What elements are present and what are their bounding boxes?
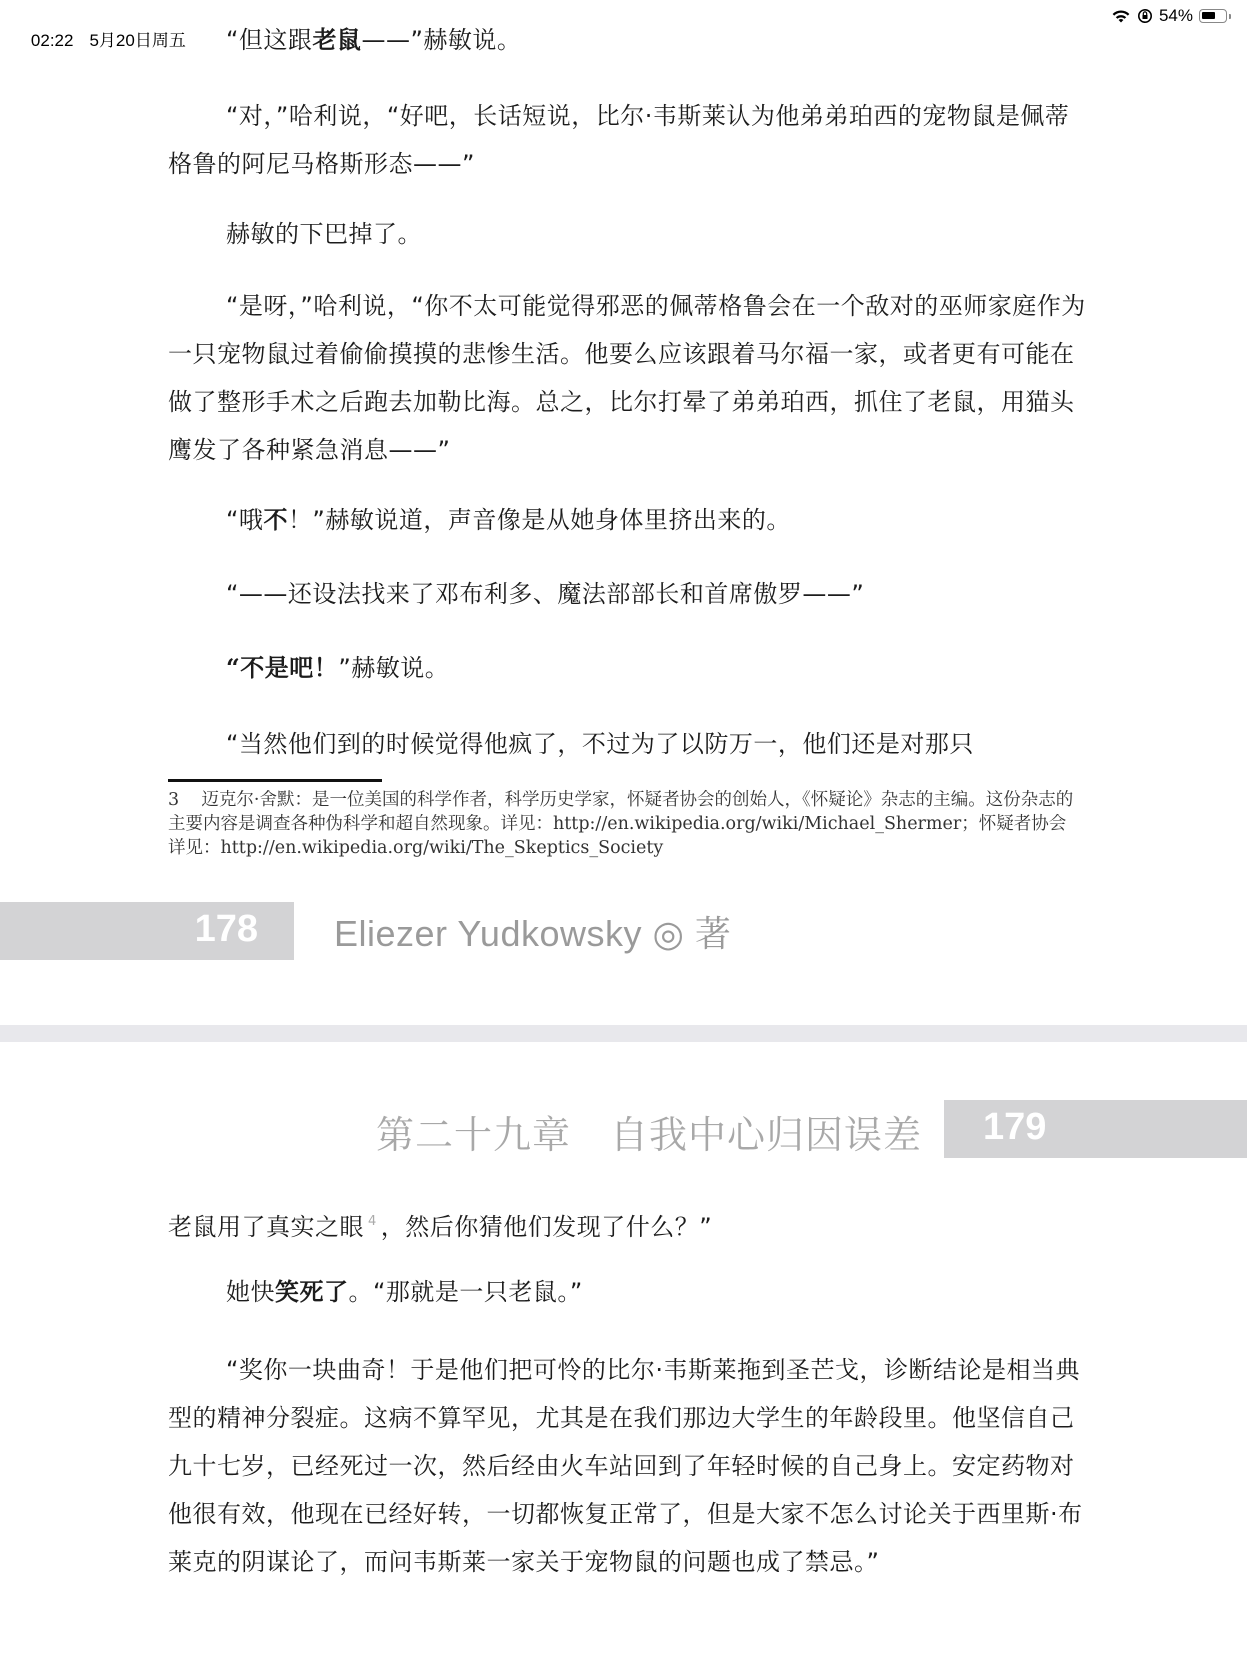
paragraph: “但这跟老鼠——”赫敏说。 — [168, 16, 1088, 64]
footnote-reference[interactable]: 4 — [368, 1214, 377, 1229]
paragraph: “奖你一块曲奇！于是他们把可怜的比尔·韦斯莱拖到圣芒戈，诊断结论是相当典型的精神… — [168, 1346, 1088, 1586]
footnote-text: 迈克尔·舍默：是一位美国的科学作者，科学历史学家，怀疑者协会的创始人，《怀疑论》… — [168, 790, 1073, 858]
page-number: 179 — [983, 1106, 1046, 1149]
paragraph: 赫敏的下巴掉了。 — [168, 210, 1088, 258]
paragraph: 老鼠用了真实之眼4，然后你猜他们发现了什么？” — [168, 1198, 1088, 1251]
paragraph: 她快笑死了。“那就是一只老鼠。” — [168, 1268, 1088, 1316]
chapter-title: 第二十九章 自我中心归因误差 — [376, 1104, 922, 1159]
paragraph: “对，”哈利说，“好吧，长话短说，比尔·韦斯莱认为他弟弟珀西的宠物鼠是佩蒂格鲁的… — [168, 92, 1088, 188]
emphasis-text: “不是吧！ — [226, 653, 338, 682]
paragraph: “——还设法找来了邓布利多、魔法部部长和首席傲罗——” — [168, 570, 1088, 618]
emphasis-text: 老鼠 — [312, 25, 361, 54]
footnote-divider — [168, 779, 382, 782]
page-number: 178 — [195, 908, 258, 951]
emphasis-text: 不 — [263, 505, 288, 534]
paragraph: “是呀，”哈利说，“你不太可能觉得邪恶的佩蒂格鲁会在一个敌对的巫师家庭作为一只宠… — [168, 282, 1088, 474]
page-number-bar: 179 — [944, 1100, 1247, 1158]
page-178: “但这跟老鼠——”赫敏说。 “对，”哈利说，“好吧，长话短说，比尔·韦斯莱认为他… — [0, 0, 1247, 1025]
page-separator — [0, 1025, 1247, 1042]
paragraph: “不是吧！”赫敏说。 — [168, 644, 1088, 692]
paragraph: “哦不！”赫敏说道，声音像是从她身体里挤出来的。 — [168, 496, 1088, 544]
emphasis-text: 笑死了 — [275, 1277, 349, 1306]
footnote-number: 3 — [168, 790, 179, 810]
page-number-bar: 178 — [0, 902, 294, 960]
footnote: 3 迈克尔·舍默：是一位美国的科学作者，科学历史学家，怀疑者协会的创始人，《怀疑… — [168, 788, 1078, 860]
author-credit: Eliezer Yudkowsky ◎ 著 — [334, 906, 731, 957]
paragraph: “当然他们到的时候觉得他疯了，不过为了以防万一，他们还是对那只 — [168, 720, 1088, 768]
